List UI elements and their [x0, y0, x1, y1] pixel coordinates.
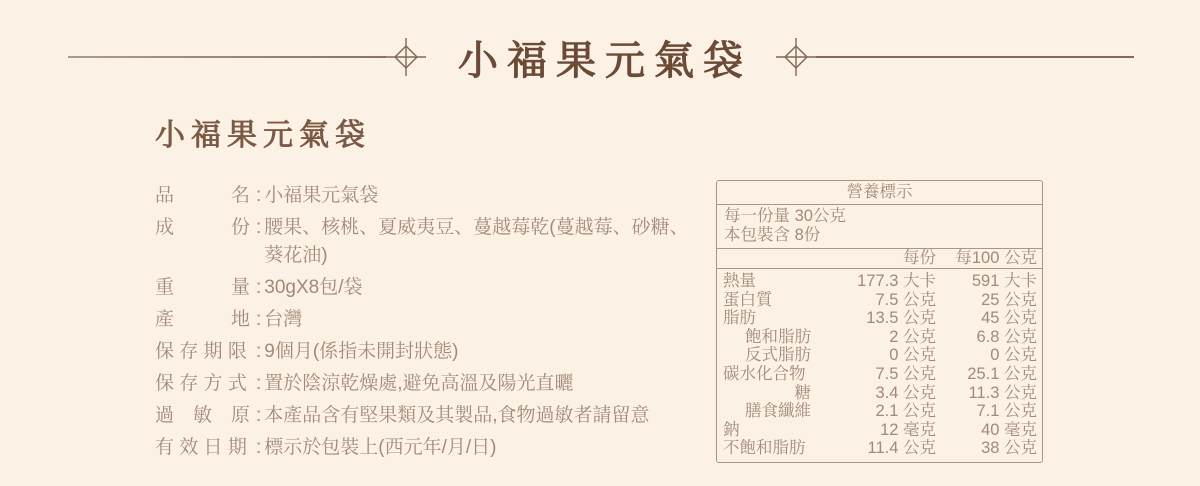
- detail-value: 9個月(係指未開封狀態): [264, 338, 703, 366]
- value-per-serving: 7.5 公克: [811, 365, 936, 384]
- diamond-ornament-icon: [386, 35, 426, 79]
- detail-colon: :: [256, 214, 261, 270]
- detail-row: 品 名 : 小福果元氣袋: [155, 182, 703, 210]
- value-per-serving: 11.4 公克: [811, 439, 936, 458]
- value-per-serving: 2.1 公克: [811, 402, 936, 421]
- detail-label: 保 存 方 式: [155, 370, 256, 398]
- nutrition-column-headers: 每份 每100 公克: [717, 249, 1042, 269]
- value-per-100g: 0 公克: [936, 346, 1037, 365]
- detail-value: 小福果元氣袋: [264, 182, 703, 210]
- value-per-100g: 40 毫克: [936, 421, 1037, 440]
- nutrient-label: 脂肪: [723, 309, 811, 328]
- nutrient-label: 膳食纖維: [723, 402, 811, 421]
- nutrition-row: 熱量 177.3 大卡 591 大卡: [723, 272, 1037, 291]
- value-per-serving: 12 毫克: [811, 421, 936, 440]
- detail-colon: :: [256, 402, 261, 430]
- detail-colon: :: [256, 338, 261, 366]
- detail-row: 有 效 日 期 : 標示於包裝上(西元年/月/日): [155, 434, 703, 462]
- detail-row: 保 存 方 式 : 置於陰涼乾燥處,避免高溫及陽光直曬: [155, 370, 703, 398]
- detail-colon: :: [256, 274, 261, 302]
- detail-label: 成 份: [155, 214, 256, 270]
- nutrition-row: 糖 3.4 公克 11.3 公克: [723, 384, 1037, 403]
- detail-label: 有 效 日 期: [155, 434, 256, 462]
- nutrition-rows: 熱量 177.3 大卡 591 大卡 蛋白質 7.5 公克 25 公克 脂肪 1…: [717, 269, 1042, 462]
- column-header-spacer: [723, 249, 811, 268]
- detail-label: 產 地: [155, 306, 256, 334]
- nutrition-table-title: 營養標示: [717, 181, 1042, 205]
- value-per-serving: 13.5 公克: [811, 309, 936, 328]
- value-per-serving: 2 公克: [811, 328, 936, 347]
- detail-row: 過 敏 原 : 本產品含有堅果類及其製品,食物過敏者請留意: [155, 402, 703, 430]
- nutrition-row: 脂肪 13.5 公克 45 公克: [723, 309, 1037, 328]
- diamond-ornament-icon: [776, 35, 816, 79]
- nutrition-row: 鈉 12 毫克 40 毫克: [723, 421, 1037, 440]
- value-per-100g: 11.3 公克: [936, 384, 1037, 403]
- detail-label: 品 名: [155, 182, 256, 210]
- detail-value: 標示於包裝上(西元年/月/日): [264, 434, 703, 462]
- value-per-100g: 6.8 公克: [936, 328, 1037, 347]
- detail-colon: :: [256, 306, 261, 334]
- nutrient-label: 糖: [723, 384, 811, 403]
- page-title: 小福果元氣袋: [458, 29, 752, 86]
- detail-value: 30gX8包/袋: [264, 274, 703, 302]
- detail-label: 過 敏 原: [155, 402, 256, 430]
- detail-colon: :: [256, 434, 261, 462]
- detail-row: 產 地 : 台灣: [155, 306, 703, 334]
- nutrient-label: 鈉: [723, 421, 811, 440]
- value-per-100g: 591 大卡: [936, 272, 1037, 291]
- col-header-per-serving: 每份: [811, 249, 936, 268]
- nutrition-row: 蛋白質 7.5 公克 25 公克: [723, 291, 1037, 310]
- value-per-serving: 3.4 公克: [811, 384, 936, 403]
- nutrient-label: 熱量: [723, 272, 811, 291]
- servings-per-pack: 本包裝含 8份: [724, 226, 1034, 245]
- product-details: 品 名 : 小福果元氣袋 成 份 : 腰果、核桃、夏威夷豆、蔓越莓乾(蔓越莓、砂…: [155, 182, 703, 462]
- nutrient-label: 反式脂肪: [723, 346, 811, 365]
- product-info-section: 小福果元氣袋 品 名 : 小福果元氣袋 成 份 : 腰果、核桃、夏威夷豆、蔓越莓…: [155, 110, 703, 466]
- nutrition-row: 反式脂肪 0 公克 0 公克: [723, 346, 1037, 365]
- nutrient-label: 飽和脂肪: [723, 328, 811, 347]
- col-header-per-100g: 每100 公克: [936, 249, 1037, 268]
- nutrition-row: 膳食纖維 2.1 公克 7.1 公克: [723, 402, 1037, 421]
- product-heading: 小福果元氣袋: [155, 110, 703, 154]
- value-per-100g: 25 公克: [936, 291, 1037, 310]
- value-per-100g: 45 公克: [936, 309, 1037, 328]
- detail-row: 成 份 : 腰果、核桃、夏威夷豆、蔓越莓乾(蔓越莓、砂糖、葵花油): [155, 214, 703, 270]
- value-per-100g: 38 公克: [936, 439, 1037, 458]
- detail-label: 保 存 期 限: [155, 338, 256, 366]
- nutrition-row: 碳水化合物 7.5 公克 25.1 公克: [723, 365, 1037, 384]
- divider-line-right: [816, 56, 1134, 58]
- page-header: 小福果元氣袋: [68, 30, 1134, 84]
- divider-line-left: [68, 56, 386, 58]
- nutrient-label: 不飽和脂肪: [723, 439, 811, 458]
- detail-row: 重 量 : 30gX8包/袋: [155, 274, 703, 302]
- detail-colon: :: [256, 182, 261, 210]
- nutrition-row: 飽和脂肪 2 公克 6.8 公克: [723, 328, 1037, 347]
- detail-value: 台灣: [264, 306, 703, 334]
- nutrition-row: 不飽和脂肪 11.4 公克 38 公克: [723, 439, 1037, 458]
- detail-label: 重 量: [155, 274, 256, 302]
- detail-value: 腰果、核桃、夏威夷豆、蔓越莓乾(蔓越莓、砂糖、葵花油): [264, 214, 703, 270]
- value-per-100g: 7.1 公克: [936, 402, 1037, 421]
- detail-colon: :: [256, 370, 261, 398]
- value-per-serving: 7.5 公克: [811, 291, 936, 310]
- value-per-100g: 25.1 公克: [936, 365, 1037, 384]
- nutrition-table: 營養標示 每一份量 30公克 本包裝含 8份 每份 每100 公克 熱量 177…: [716, 180, 1043, 463]
- nutrition-serving-info: 每一份量 30公克 本包裝含 8份: [717, 205, 1042, 249]
- detail-value: 置於陰涼乾燥處,避免高溫及陽光直曬: [264, 370, 703, 398]
- nutrient-label: 蛋白質: [723, 291, 811, 310]
- detail-row: 保 存 期 限 : 9個月(係指未開封狀態): [155, 338, 703, 366]
- value-per-serving: 177.3 大卡: [811, 272, 936, 291]
- detail-value: 本產品含有堅果類及其製品,食物過敏者請留意: [264, 402, 703, 430]
- nutrient-label: 碳水化合物: [723, 365, 811, 384]
- serving-size: 每一份量 30公克: [724, 207, 1034, 226]
- value-per-serving: 0 公克: [811, 346, 936, 365]
